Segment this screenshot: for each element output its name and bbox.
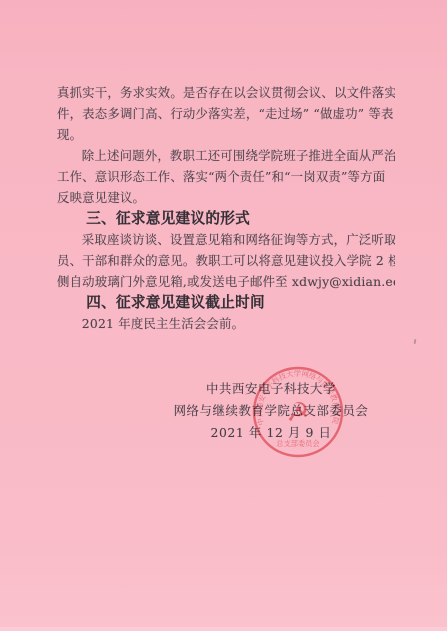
body-line: 工作、意识形态工作、落实“两个责任”和“一岗双责”等方面	[57, 166, 395, 187]
signature-committee: 网络与继续教育学院总支部委员会	[131, 400, 411, 422]
scan-speck	[414, 339, 417, 344]
body-text: 真抓实干，务求实效。是否存在以会议贯彻会议、以文件落实文 件，表态多调门高、行动…	[57, 82, 395, 334]
signature-block: 中共西安电子科技大学 网络与继续教育学院总支部委员会 2021 年 12 月 9…	[131, 378, 411, 444]
body-line: 除上述问题外，教职工还可围绕学院班子推进全面从严治党	[57, 145, 395, 166]
section-heading-form: 三、征求意见建议的形式	[57, 208, 395, 229]
body-line: 侧自动玻璃门外意见箱,或发送电子邮件至 xdwjy@xidian.edu.cn.	[57, 271, 395, 292]
page-bottom-edge	[0, 627, 447, 631]
body-line: 件，表态多调门高、行动少落实差，“走过场” “做虚功” 等表	[57, 103, 395, 124]
scanned-page: 真抓实干，务求实效。是否存在以会议贯彻会议、以文件落实文 件，表态多调门高、行动…	[0, 0, 447, 631]
body-line: 员、干部和群众的意见。教职工可以将意见建议投入学院 2 楼西	[57, 250, 395, 271]
section-heading-deadline: 四、征求意见建议截止时间	[57, 292, 395, 313]
body-line: 真抓实干，务求实效。是否存在以会议贯彻会议、以文件落实文	[57, 82, 395, 103]
body-line: 现。	[57, 124, 395, 145]
signature-university: 中共西安电子科技大学	[131, 378, 411, 400]
body-line: 2021 年度民主生活会会前。	[57, 313, 395, 334]
signature-date: 2021 年 12 月 9 日	[131, 422, 411, 444]
body-line: 采取座谈访谈、设置意见箱和网络征询等方式，广泛听取党	[57, 229, 395, 250]
body-line: 反映意见建议。	[57, 187, 395, 208]
